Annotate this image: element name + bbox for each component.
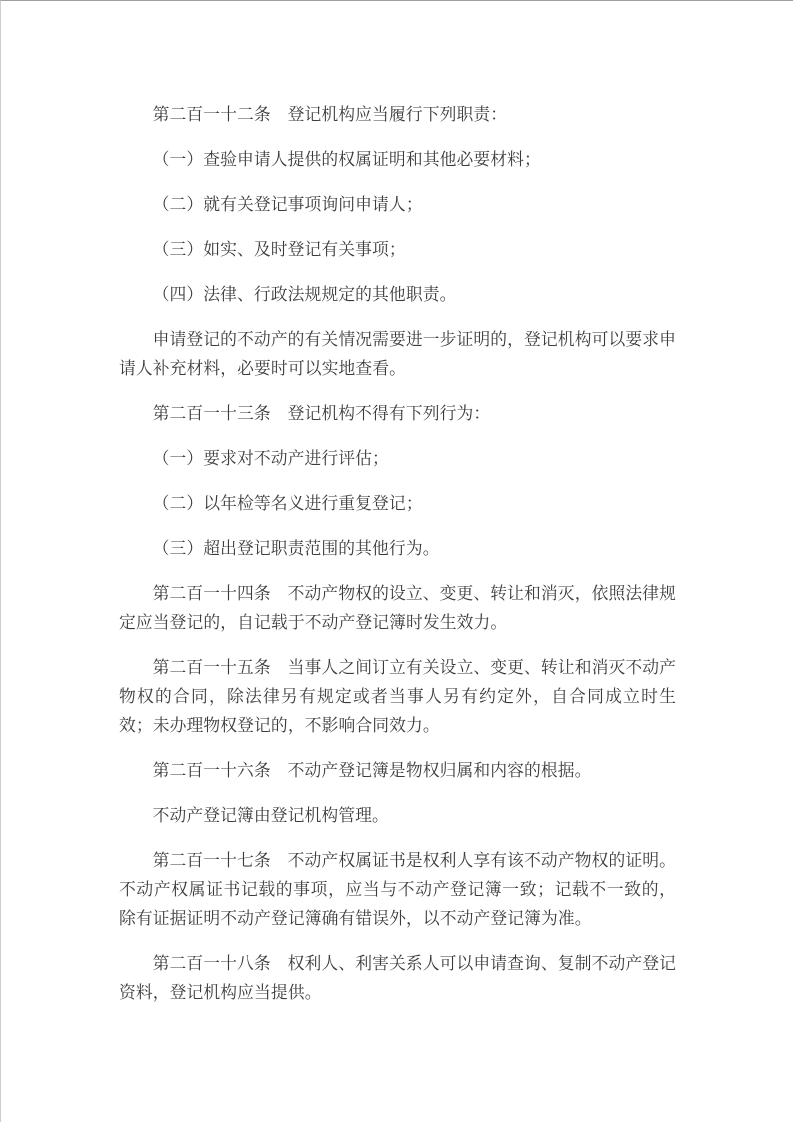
paragraph: 第二百一十五条 当事人之间订立有关设立、变更、转让和消灭不动产物权的合同，除法律… (119, 653, 676, 740)
paragraph: （二）就有关登记事项询问申请人； (119, 190, 676, 219)
paragraph: （三）超出登记职责范围的其他行为。 (119, 534, 676, 563)
paragraph: 第二百一十七条 不动产权属证书是权利人享有该不动产物权的证明。不动产权属证书记载… (119, 846, 676, 933)
paragraph: 第二百一十二条 登记机构应当履行下列职责： (119, 100, 676, 129)
document-content: 第二百一十二条 登记机构应当履行下列职责：（一）查验申请人提供的权属证明和其他必… (1, 1, 793, 1007)
paragraph: （二）以年检等名义进行重复登记； (119, 489, 676, 518)
paragraph: （四）法律、行政法规规定的其他职责。 (119, 280, 676, 309)
paragraph: 第二百一十三条 登记机构不得有下列行为： (119, 399, 676, 428)
paragraph: （三）如实、及时登记有关事项； (119, 235, 676, 264)
paragraph: 不动产登记簿由登记机构管理。 (119, 801, 676, 830)
paragraph: （一）要求对不动产进行评估； (119, 444, 676, 473)
paragraph: （一）查验申请人提供的权属证明和其他必要材料； (119, 145, 676, 174)
paragraph: 第二百一十四条 不动产物权的设立、变更、转让和消灭，依照法律规定应当登记的，自记… (119, 579, 676, 637)
paragraph: 第二百一十六条 不动产登记簿是物权归属和内容的根据。 (119, 756, 676, 785)
paragraph: 第二百一十八条 权利人、利害关系人可以申请查询、复制不动产登记资料，登记机构应当… (119, 949, 676, 1007)
paragraph: 申请登记的不动产的有关情况需要进一步证明的，登记机构可以要求申请人补充材料，必要… (119, 325, 676, 383)
document-page: 第二百一十二条 登记机构应当履行下列职责：（一）查验申请人提供的权属证明和其他必… (0, 0, 793, 1122)
